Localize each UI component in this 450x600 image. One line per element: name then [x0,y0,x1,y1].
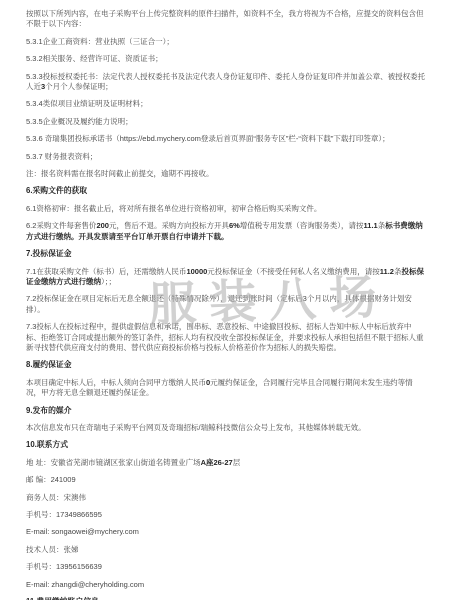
text-run: 商务人员：宋澳伟 [26,493,86,502]
text-run: 7.投标保证金 [26,249,72,258]
paragraph: 本次信息发布只在奇瑞电子采购平台网页及奇瑞招标/瑞鲸科技微信公众号上发布，其他媒… [26,423,426,433]
paragraph: 7.2投标保证金在项目定标后无息全额退还（特殊情况除外），退还到账时间（定标后3… [26,294,426,315]
paragraph: 5.3.6 奇瑞集团投标承诺书（https://ebd.mychery.com登… [26,134,426,144]
text-run: 元，售后不退。采购方向投标方开具 [109,221,229,230]
text-run: 11.1 [364,221,378,230]
paragraph: 邮 编：241009 [26,475,426,485]
paragraph: 5.3.4类似项目业绩证明及证明材料； [26,99,426,109]
text-run: 6.采购文件的获取 [26,186,87,195]
paragraph: 6.2采购文件每套售价200元，售后不退。采购方向投标方开具6%增值税专用发票（… [26,221,426,242]
text-run: 元投标保证金（不接受任何私人名义缴纳费用，请按 [207,267,380,276]
text-run: 5.3.2相关服务、经营许可证、资质证书； [26,54,163,63]
paragraph: 5.3.2相关服务、经营许可证、资质证书； [26,54,426,64]
section-heading: 6.采购文件的获取 [26,186,426,196]
document-page: 服装八场 按照以下所列内容，在电子采购平台上传完整资料的原件扫描件，如资料不全，… [0,0,450,600]
text-run: 本项目确定中标人后，中标人须向合同甲方缴纳人民币 [26,378,206,387]
text-run: 10000 [186,267,207,276]
paragraph: 技术人员：张娣 [26,545,426,555]
text-run: 增值税专用发票（咨询服务类），请按 [240,221,364,230]
paragraph: 注：报名资料需在报名时间截止前提交，逾期不再接收。 [26,169,426,179]
paragraph: 手机号：17349866595 [26,510,426,520]
text-run: 6.1资格初审：报名截止后，将对所有报名单位进行资格初审，初审合格后购买采购文件… [26,204,321,213]
text-run: 手机号：17349866595 [26,510,102,519]
paragraph: 按照以下所列内容，在电子采购平台上传完整资料的原件扫描件，如资料不全，我方将视为… [26,9,426,30]
text-run: ）；； [101,277,116,286]
text-run: 地 址：安徽省芜湖市镜湖区张家山街道名铸置业广场 [26,458,201,467]
paragraph: 5.3.1企业工商资料：营业执照（三证合一）； [26,37,426,47]
text-run: 7.1在获取采购文件（标书）后，还需缴纳人民币 [26,267,186,276]
paragraph: 5.3.3投标授权委托书：法定代表人授权委托书及法定代表人身份证复印件、委托人身… [26,72,426,93]
text-run: 注：报名资料需在报名时间截止前提交，逾期不再接收。 [26,169,214,178]
text-run: 邮 编：241009 [26,475,76,484]
paragraph: 7.3投标人在投标过程中，提供虚假信息和承诺，围串标、恶意投标、中途撤回投标、招… [26,322,426,353]
paragraph: 5.3.5企业概况及履约能力说明； [26,117,426,127]
text-run: 9.发布的媒介 [26,406,72,415]
text-run: 6% [229,221,240,230]
text-run: 6.2采购文件每套售价 [26,221,96,230]
text-run: 200 [96,221,109,230]
text-run: 11.2 [380,267,394,276]
paragraph: 地 址：安徽省芜湖市镜湖区张家山街道名铸置业广场A座26-27层 [26,458,426,468]
text-run: 个月个人参保证明； [45,82,113,91]
text-run: 层 [233,458,241,467]
section-heading: 9.发布的媒介 [26,406,426,416]
paragraph: 6.1资格初审：报名截止后，将对所有报名单位进行资格初审，初审合格后购买采购文件… [26,204,426,214]
text-run: 8.履约保证金 [26,360,72,369]
text-run: E-mail: songaowei@mychery.com [26,527,139,536]
section-heading: 10.联系方式 [26,440,426,450]
paragraph: 7.1在获取采购文件（标书）后，还需缴纳人民币10000元投标保证金（不接受任何… [26,267,426,288]
text-run: 5.3.5企业概况及履约能力说明； [26,117,133,126]
text-run: 5.3.7 财务报表资料； [26,152,97,161]
text-run: 5.3.1企业工商资料：营业执照（三证合一）； [26,37,174,46]
paragraph: 本项目确定中标人后，中标人须向合同甲方缴纳人民币0元履约保证金，合同履行完毕且合… [26,378,426,399]
text-run: 5.3.4类似项目业绩证明及证明材料； [26,99,148,108]
text-run: 按照以下所列内容，在电子采购平台上传完整资料的原件扫描件，如资料不全，我方将视为… [26,9,424,28]
paragraph: 5.3.7 财务报表资料； [26,152,426,162]
paragraph: 手机号：13956156639 [26,562,426,572]
text-run: 5.3.6 奇瑞集团投标承诺书（https://ebd.mychery.com登… [26,134,390,143]
text-run: 10.联系方式 [26,440,68,449]
text-run: 本次信息发布只在奇瑞电子采购平台网页及奇瑞招标/瑞鲸科技微信公众号上发布，其他媒… [26,423,366,432]
text-run: 7.2投标保证金在项目定标后无息全额退还（特殊情况除外），退还到账时间（定标后3… [26,294,412,313]
paragraph: E-mail: zhangdi@cheryholding.com [26,580,426,590]
section-heading: 7.投标保证金 [26,249,426,259]
section-heading: 8.履约保证金 [26,360,426,370]
text-run: 7.3投标人在投标过程中，提供虚假信息和承诺，围串标、恶意投标、中途撤回投标、招… [26,322,424,352]
text-run: E-mail: zhangdi@cheryholding.com [26,580,144,589]
text-run: 技术人员：张娣 [26,545,79,554]
document-content: 按照以下所列内容，在电子采购平台上传完整资料的原件扫描件，如资料不全，我方将视为… [0,0,450,600]
text-run: A座26-27 [201,458,233,467]
paragraph: 商务人员：宋澳伟 [26,493,426,503]
paragraph: E-mail: songaowei@mychery.com [26,527,426,537]
text-run: 手机号：13956156639 [26,562,102,571]
